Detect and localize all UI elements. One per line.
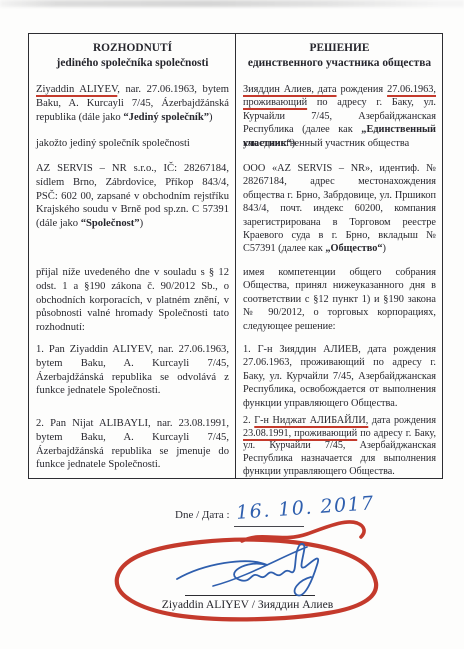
russian-company-paragraph: ООО «AZ SERVIS – NR», идентиф. № 2826718… [243, 162, 436, 256]
russian-subtitle: единственного участника общества [243, 56, 436, 71]
signer-printed-name: Ziyaddin ALIYEV / Зияддин Алиев [150, 598, 345, 611]
czech-para3-close: ) [140, 218, 144, 229]
signature-underline [185, 595, 315, 596]
russian-heading: РЕШЕНИЕ единственного участника общества [243, 41, 436, 70]
date-underline [234, 526, 304, 527]
russian-title: РЕШЕНИЕ [243, 41, 436, 56]
russian-resolution-preamble: имея компетенции общего собрания Обществ… [243, 266, 436, 333]
red-squiggle-under-date-mark [242, 522, 364, 541]
russian-term-company: „Общество“ [325, 243, 382, 254]
czech-subtitle: jediného společníka společnosti [36, 56, 229, 71]
czech-term-company: “Společnost” [81, 218, 140, 229]
czech-heading: ROZHODNUTÍ jediného společníka společnos… [36, 41, 229, 70]
czech-resolution-item-1: 1. Pan Ziyaddin ALIYEV, nar. 27.06.1963,… [36, 343, 229, 398]
russian-as-sole-participant-line: как единственный участник общества [243, 137, 436, 150]
russian-item2-t1: дата рождения [368, 415, 436, 426]
czech-term-sole-shareholder: “Jediný společník” [123, 112, 209, 123]
czech-para1-close: ) [209, 112, 213, 123]
russian-company-text: ООО «AZ SERVIS – NR», идентиф. № 2826718… [243, 163, 436, 254]
russian-residing-red-underline: проживающий [243, 97, 307, 108]
russian-name-red-underline: Зияддин Алиев, дата [243, 84, 337, 95]
russian-para1-t1: рождения [337, 84, 388, 95]
russian-item2-name-red-underline: Г-н Ниджат АЛИБАЙЛИ, [254, 415, 368, 426]
scan-artifact-band [0, 0, 464, 7]
document-page: ROZHODNUTÍ jediného společníka společnos… [0, 0, 464, 649]
handwritten-date: 16. 10. 2017 [235, 492, 375, 524]
czech-name-red-underline: Ziyaddin ALIYEV [36, 84, 117, 95]
russian-column: РЕШЕНИЕ единственного участника общества… [236, 34, 442, 478]
czech-column: ROZHODNUTÍ jediného společníka společnos… [29, 34, 236, 478]
russian-item2-number: 2. [243, 415, 254, 426]
blue-signature-cross-stroke [213, 547, 307, 586]
date-label: Dne / Дата : [175, 509, 230, 521]
czech-resolution-item-2: 2. Pan Nijat ALIBAYLI, nar. 23.08.1991, … [36, 417, 229, 472]
russian-resolution-item-1: 1. Г-н Зияддин АЛИЕВ, дата рождения 27.0… [243, 343, 436, 410]
russian-item2-birthdate-red-underline: 23.08.1991, проживающий [243, 428, 357, 439]
czech-resolution-preamble: přijal níže uvedeného dne v souladu s § … [36, 266, 229, 335]
blue-signature-mark [177, 544, 318, 596]
czech-title: ROZHODNUTÍ [36, 41, 229, 56]
russian-resolution-item-2: 2. Г-н Ниджат АЛИБАЙЛИ, дата рождения 23… [243, 415, 436, 479]
russian-birthdate-red-underline: 27.06.1963, [387, 84, 436, 95]
czech-as-sole-shareholder-line: jakožto jediný společník společnosti [36, 137, 229, 151]
russian-para3-close: ) [383, 243, 386, 254]
czech-company-paragraph: AZ SERVIS – NR s.r.o., IČ: 28267184, síd… [36, 162, 229, 231]
czech-shareholder-paragraph: Ziyaddin ALIYEV, nar. 27.06.1963, bytem … [36, 83, 229, 124]
decision-table: ROZHODNUTÍ jediného společníka společnos… [28, 33, 443, 479]
